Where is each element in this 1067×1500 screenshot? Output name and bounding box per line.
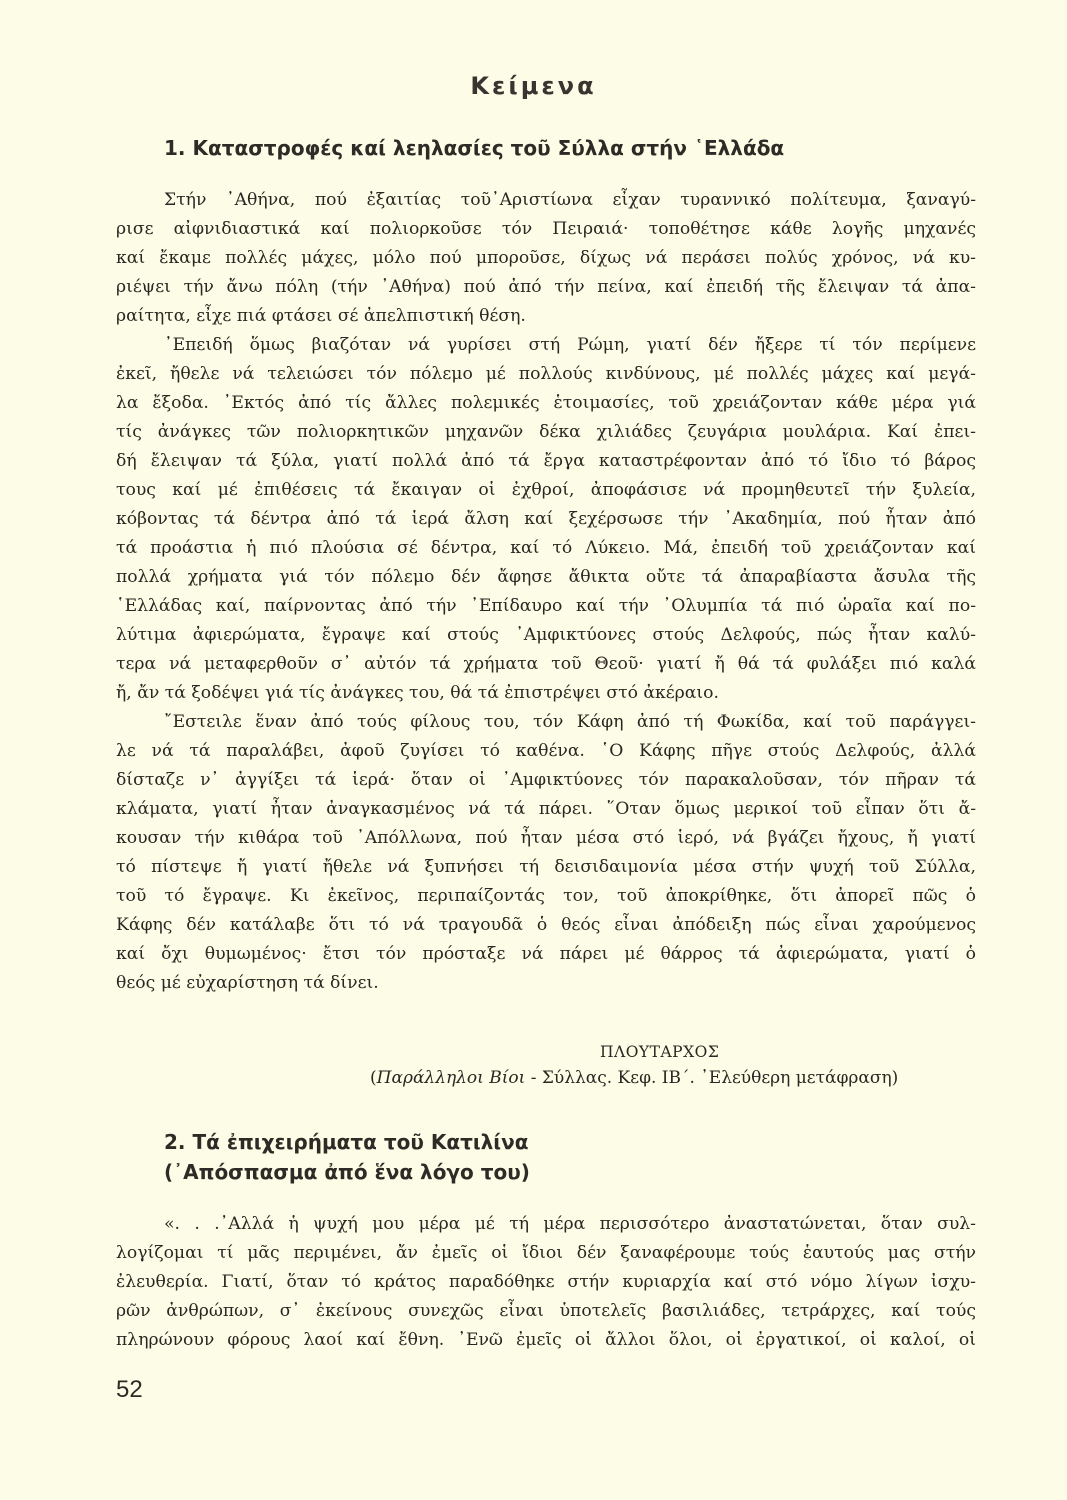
source-citation: (Παράλληλοι Βίοι - Σύλλας. Κεφ. IB΄. ᾿Ελ… <box>370 1068 1067 1088</box>
section-1-body: Στήν ᾿Αθήνα, πού ἐξαιτίας τοῦ᾿Αριστίωνα … <box>116 186 976 998</box>
text-line: κόβοντας τά δέντρα ἀπό τά ἱερά ἄλση καί … <box>116 505 976 534</box>
text-line: τίς ἀνάγκες τῶν πολιορκητικῶν μηχανῶν δέ… <box>116 418 976 447</box>
book-page: Κείμενα 1. Καταστροφές καί λεηλασίες τοῦ… <box>0 0 1067 1500</box>
section-2-body: «. . .᾿Αλλά ἡ ψυχή μου μέρα μέ τή μέρα π… <box>116 1210 976 1355</box>
text-line: τους καί μέ ἐπιθέσεις τά ἔκαιγαν οἱ ἐχθρ… <box>116 476 976 505</box>
text-line: ρισε αἰφνιδιαστικά καί πολιορκοῦσε τόν Π… <box>116 215 976 244</box>
text-line: πολλά χρήματα γιά τόν πόλεμο δέν ἄφησε ἄ… <box>116 563 976 592</box>
text-line: δή ἔλειψαν τά ξύλα, γιατί πολλά ἀπό τά ἔ… <box>116 447 976 476</box>
text-line: ᾿Επειδή ὅμως βιαζόταν νά γυρίσει στή Ρώμ… <box>116 331 976 360</box>
text-line: κλάματα, γιατί ἦταν ἀναγκασμένος νά τά π… <box>116 795 976 824</box>
text-line: τερα νά μεταφερθοῦν σ᾿ αὐτόν τά χρήματα … <box>116 650 976 679</box>
section-1-heading: 1. Καταστροφές καί λεηλασίες τοῦ Σύλλα σ… <box>164 133 784 163</box>
page-number: 52 <box>116 1376 143 1404</box>
text-line: ἐλευθερία. Γιατί, ὅταν τό κράτος παραδόθ… <box>116 1268 976 1297</box>
text-line: λογίζομαι τί μᾶς περιμένει, ἄν ἐμεῖς οἱ … <box>116 1239 976 1268</box>
text-line: λύτιμα ἀφιερώματα, ἔγραψε καί στούς ᾿Αμφ… <box>116 621 976 650</box>
text-line: «. . .᾿Αλλά ἡ ψυχή μου μέρα μέ τή μέρα π… <box>116 1210 976 1239</box>
text-line: ριέψει τήν ἄνω πόλη (τήν ᾿Αθήνα) πού ἀπό… <box>116 273 976 302</box>
chapter-title: Κείμενα <box>0 72 1067 100</box>
source-details: - Σύλλας. Κεφ. IB΄. ᾿Ελεύθερη μετάφραση) <box>525 1068 898 1088</box>
section-2-subheading: (᾿Απόσπασμα ἀπό ἕνα λόγο του) <box>164 1157 530 1187</box>
text-line: ῾Ελλάδας καί, παίρνοντας ἀπό τήν ᾿Επίδαυ… <box>116 592 976 621</box>
text-line: ρῶν ἀνθρώπων, σ᾿ ἐκείνους συνεχῶς εἶναι … <box>116 1297 976 1326</box>
text-line: λε νά τά παραλάβει, ἀφοῦ ζυγίσει τό καθέ… <box>116 737 976 766</box>
text-line: καί ἔκαμε πολλές μάχες, μόλο πού μποροῦσ… <box>116 244 976 273</box>
text-line: θεός μέ εὐχαρίστηση τά δίνει. <box>116 969 976 998</box>
text-line: ραίτητα, εἶχε πιά φτάσει σέ ἀπελπιστική … <box>116 302 976 331</box>
text-line: τό πίστεψε ἤ γιατί ἤθελε νά ξυπνήσει τή … <box>116 853 976 882</box>
text-line: Κάφης δέν κατάλαβε ὅτι τό νά τραγουδᾶ ὁ … <box>116 911 976 940</box>
text-line: δίσταζε ν᾿ ἀγγίξει τά ἱερά· ὅταν οἱ ᾿Αμφ… <box>116 766 976 795</box>
text-line: Στήν ᾿Αθήνα, πού ἐξαιτίας τοῦ᾿Αριστίωνα … <box>116 186 976 215</box>
text-line: λα ἔξοδα. ᾿Εκτός ἀπό τίς ἄλλες πολεμικές… <box>116 389 976 418</box>
text-line: κουσαν τήν κιθάρα τοῦ ᾿Απόλλωνα, πού ἦτα… <box>116 824 976 853</box>
text-line: τά προάστια ἡ πιό πλούσια σέ δέντρα, καί… <box>116 534 976 563</box>
text-line: τοῦ τό ἔγραψε. Κι ἐκεῖνος, περιπαίζοντάς… <box>116 882 976 911</box>
author-name: ΠΛΟΥΤΑΡΧΟΣ <box>600 1043 1067 1061</box>
text-line: ῎Εστειλε ἕναν ἀπό τούς φίλους του, τόν Κ… <box>116 708 976 737</box>
text-line: πληρώνουν φόρους λαοί καί ἔθνη. ᾿Ενῶ ἐμε… <box>116 1326 976 1355</box>
source-work-title: Παράλληλοι Βίοι <box>377 1068 526 1088</box>
text-line: καί ὄχι θυμωμένος· ἔτσι τόν πρόσταξε νά … <box>116 940 976 969</box>
text-line: ἤ, ἄν τά ξοδέψει γιά τίς ἀνάγκες του, θά… <box>116 679 976 708</box>
source-open-paren: ( <box>370 1068 377 1088</box>
section-2-heading: 2. Τά ἐπιχειρήματα τοῦ Κατιλίνα <box>164 1127 528 1157</box>
text-line: ἐκεῖ, ἤθελε νά τελειώσει τόν πόλεμο μέ π… <box>116 360 976 389</box>
